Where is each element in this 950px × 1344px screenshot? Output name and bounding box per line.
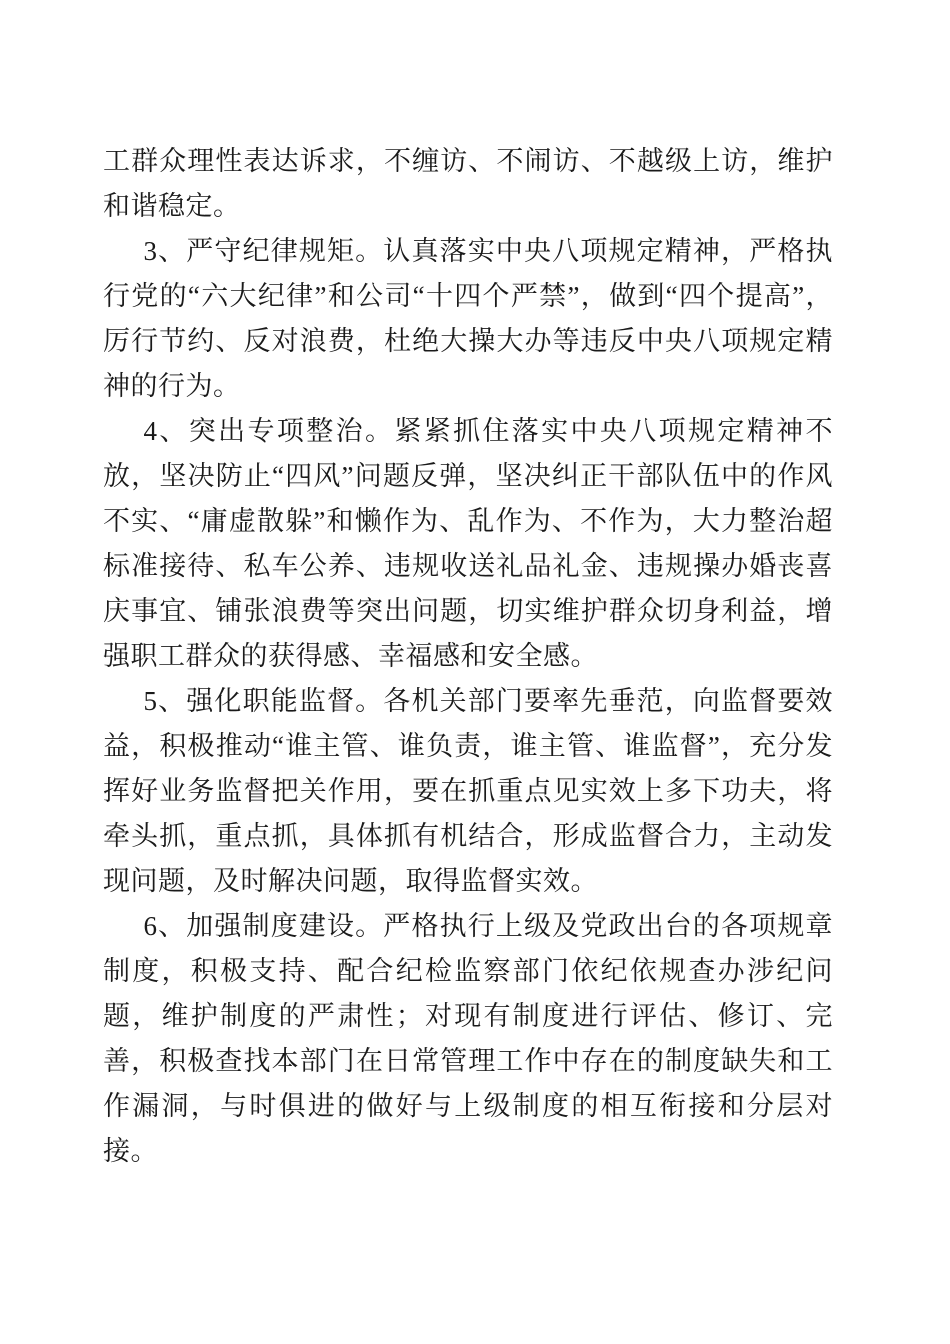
document-body: 工群众理性表达诉求，不缠访、不闹访、不越级上访，维护和谐稳定。3、严守纪律规矩。… (103, 139, 833, 1174)
paragraph-3: 4、突出专项整治。紧紧抓住落实中央八项规定精神不放，坚决防止“四风”问题反弹，坚… (103, 409, 833, 679)
paragraph-2: 3、严守纪律规矩。认真落实中央八项规定精神，严格执行党的“六大纪律”和公司“十四… (103, 229, 833, 409)
paragraph-1: 工群众理性表达诉求，不缠访、不闹访、不越级上访，维护和谐稳定。 (103, 139, 833, 229)
paragraph-4: 5、强化职能监督。各机关部门要率先垂范，向监督要效益，积极推动“谁主管、谁负责，… (103, 679, 833, 904)
paragraph-5: 6、加强制度建设。严格执行上级及党政出台的各项规章制度，积极支持、配合纪检监察部… (103, 904, 833, 1174)
document-page: 工群众理性表达诉求，不缠访、不闹访、不越级上访，维护和谐稳定。3、严守纪律规矩。… (0, 0, 950, 1344)
